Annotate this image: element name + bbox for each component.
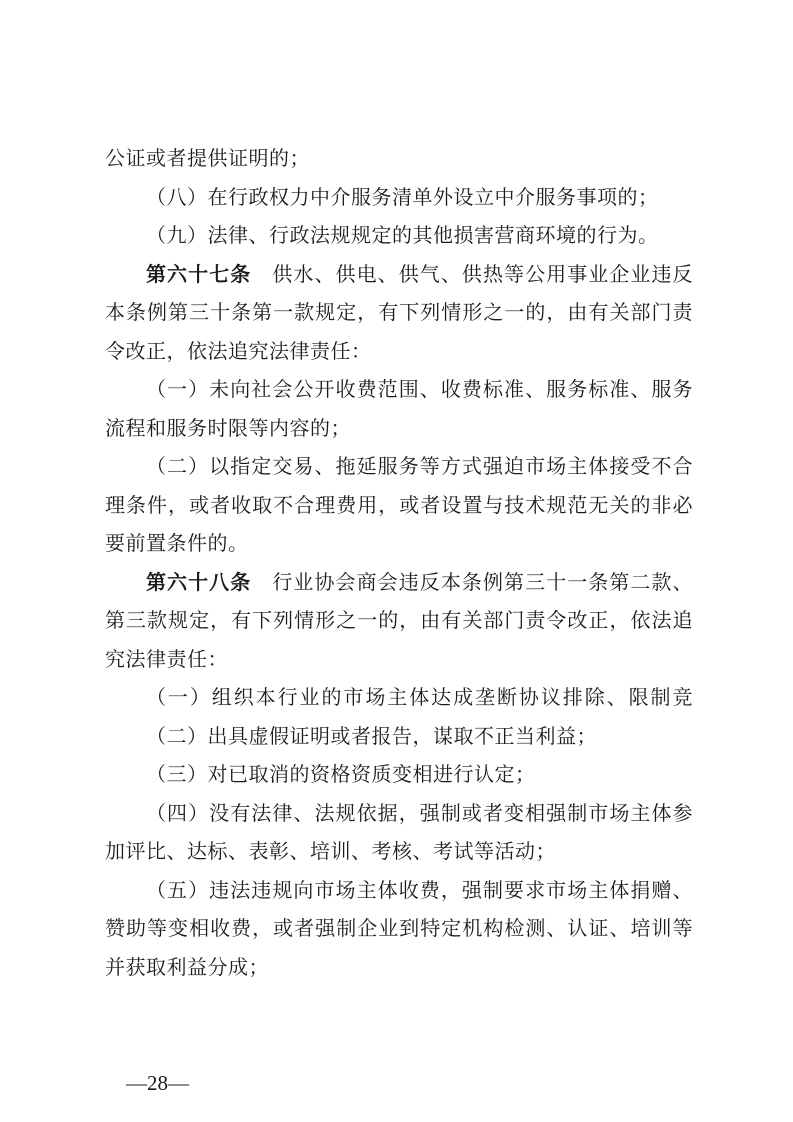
text-line: 加评比、达标、表彰、培训、考核、考试等活动； [105,833,693,872]
text-segment: 第三款规定，有下列情形之一的，由有关部门责令改正，依法追 [105,610,693,632]
text-line: （二）以指定交易、拖延服务等方式强迫市场主体接受不合 [105,448,693,487]
text-line: 究法律责任： [105,641,693,680]
text-line: （五）违法违规向市场主体收费，强制要求市场主体捐赠、 [105,872,693,911]
text-segment: 理条件，或者收取不合理费用，或者设置与技术规范无关的非必 [105,495,693,517]
document-page: 公证或者提供证明的；（八）在行政权力中介服务清单外设立中介服务事项的；（九）法律… [0,0,793,1122]
text-segment: （二）出具虚假证明或者报告，谋取不正当利益； [146,726,597,748]
text-line: 流程和服务时限等内容的； [105,410,693,449]
text-segment: 令改正，依法追究法律责任： [105,341,372,363]
text-line: 赞助等变相收费，或者强制企业到特定机构检测、认证、培训等 [105,910,693,949]
text-line: （一）组织本行业的市场主体达成垄断协议排除、限制竞争； [105,679,693,718]
article-number: 第六十七条 [146,264,251,286]
text-line: 第六十八条 行业协会商会违反本条例第三十一条第二款、 [105,564,693,603]
text-line: 令改正，依法追究法律责任： [105,333,693,372]
text-line: （二）出具虚假证明或者报告，谋取不正当利益； [105,718,693,757]
text-line: （四）没有法律、法规依据，强制或者变相强制市场主体参 [105,795,693,834]
text-segment: 加评比、达标、表彰、培训、考核、考试等活动； [105,841,556,863]
text-segment: （二）以指定交易、拖延服务等方式强迫市场主体接受不合 [146,456,693,478]
document-body: 公证或者提供证明的；（八）在行政权力中介服务清单外设立中介服务事项的；（九）法律… [105,140,693,987]
text-segment: 本条例第三十条第一款规定，有下列情形之一的，由有关部门责 [105,302,693,324]
text-segment: （四）没有法律、法规依据，强制或者变相强制市场主体参 [146,803,693,825]
text-segment: （九）法律、行政法规规定的其他损害营商环境的行为。 [146,225,659,247]
text-segment: 公证或者提供证明的； [105,148,310,170]
text-segment: （三）对已取消的资格资质变相进行认定； [146,764,536,786]
text-line: 本条例第三十条第一款规定，有下列情形之一的，由有关部门责 [105,294,693,333]
text-segment: 行业协会商会违反本条例第三十一条第二款、 [251,572,693,594]
text-line: （九）法律、行政法规规定的其他损害营商环境的行为。 [105,217,693,256]
text-segment: 供水、供电、供气、供热等公用事业企业违反 [251,264,693,286]
text-line: 并获取利益分成； [105,949,693,988]
page-number: —28— [126,1064,189,1102]
text-line: 要前置条件的。 [105,525,693,564]
text-line: （三）对已取消的资格资质变相进行认定； [105,756,693,795]
text-segment: （一）组织本行业的市场主体达成垄断协议排除、限制竞争； [146,687,693,718]
text-line: 第六十七条 供水、供电、供气、供热等公用事业企业违反 [105,256,693,295]
text-line: 第三款规定，有下列情形之一的，由有关部门责令改正，依法追 [105,602,693,641]
text-line: 理条件，或者收取不合理费用，或者设置与技术规范无关的非必 [105,487,693,526]
text-segment: 究法律责任： [105,649,228,671]
text-segment: （五）违法违规向市场主体收费，强制要求市场主体捐赠、 [146,880,693,902]
text-segment: 并获取利益分成； [105,957,269,979]
text-line: 公证或者提供证明的； [105,140,693,179]
text-line: （一）未向社会公开收费范围、收费标准、服务标准、服务 [105,371,693,410]
text-segment: （八）在行政权力中介服务清单外设立中介服务事项的； [146,187,659,209]
article-number: 第六十八条 [146,572,251,594]
text-segment: 要前置条件的。 [105,533,249,555]
text-segment: 赞助等变相收费，或者强制企业到特定机构检测、认证、培训等 [105,918,693,940]
text-segment: 流程和服务时限等内容的； [105,418,351,440]
text-segment: （一）未向社会公开收费范围、收费标准、服务标准、服务 [146,379,693,401]
text-line: （八）在行政权力中介服务清单外设立中介服务事项的； [105,179,693,218]
